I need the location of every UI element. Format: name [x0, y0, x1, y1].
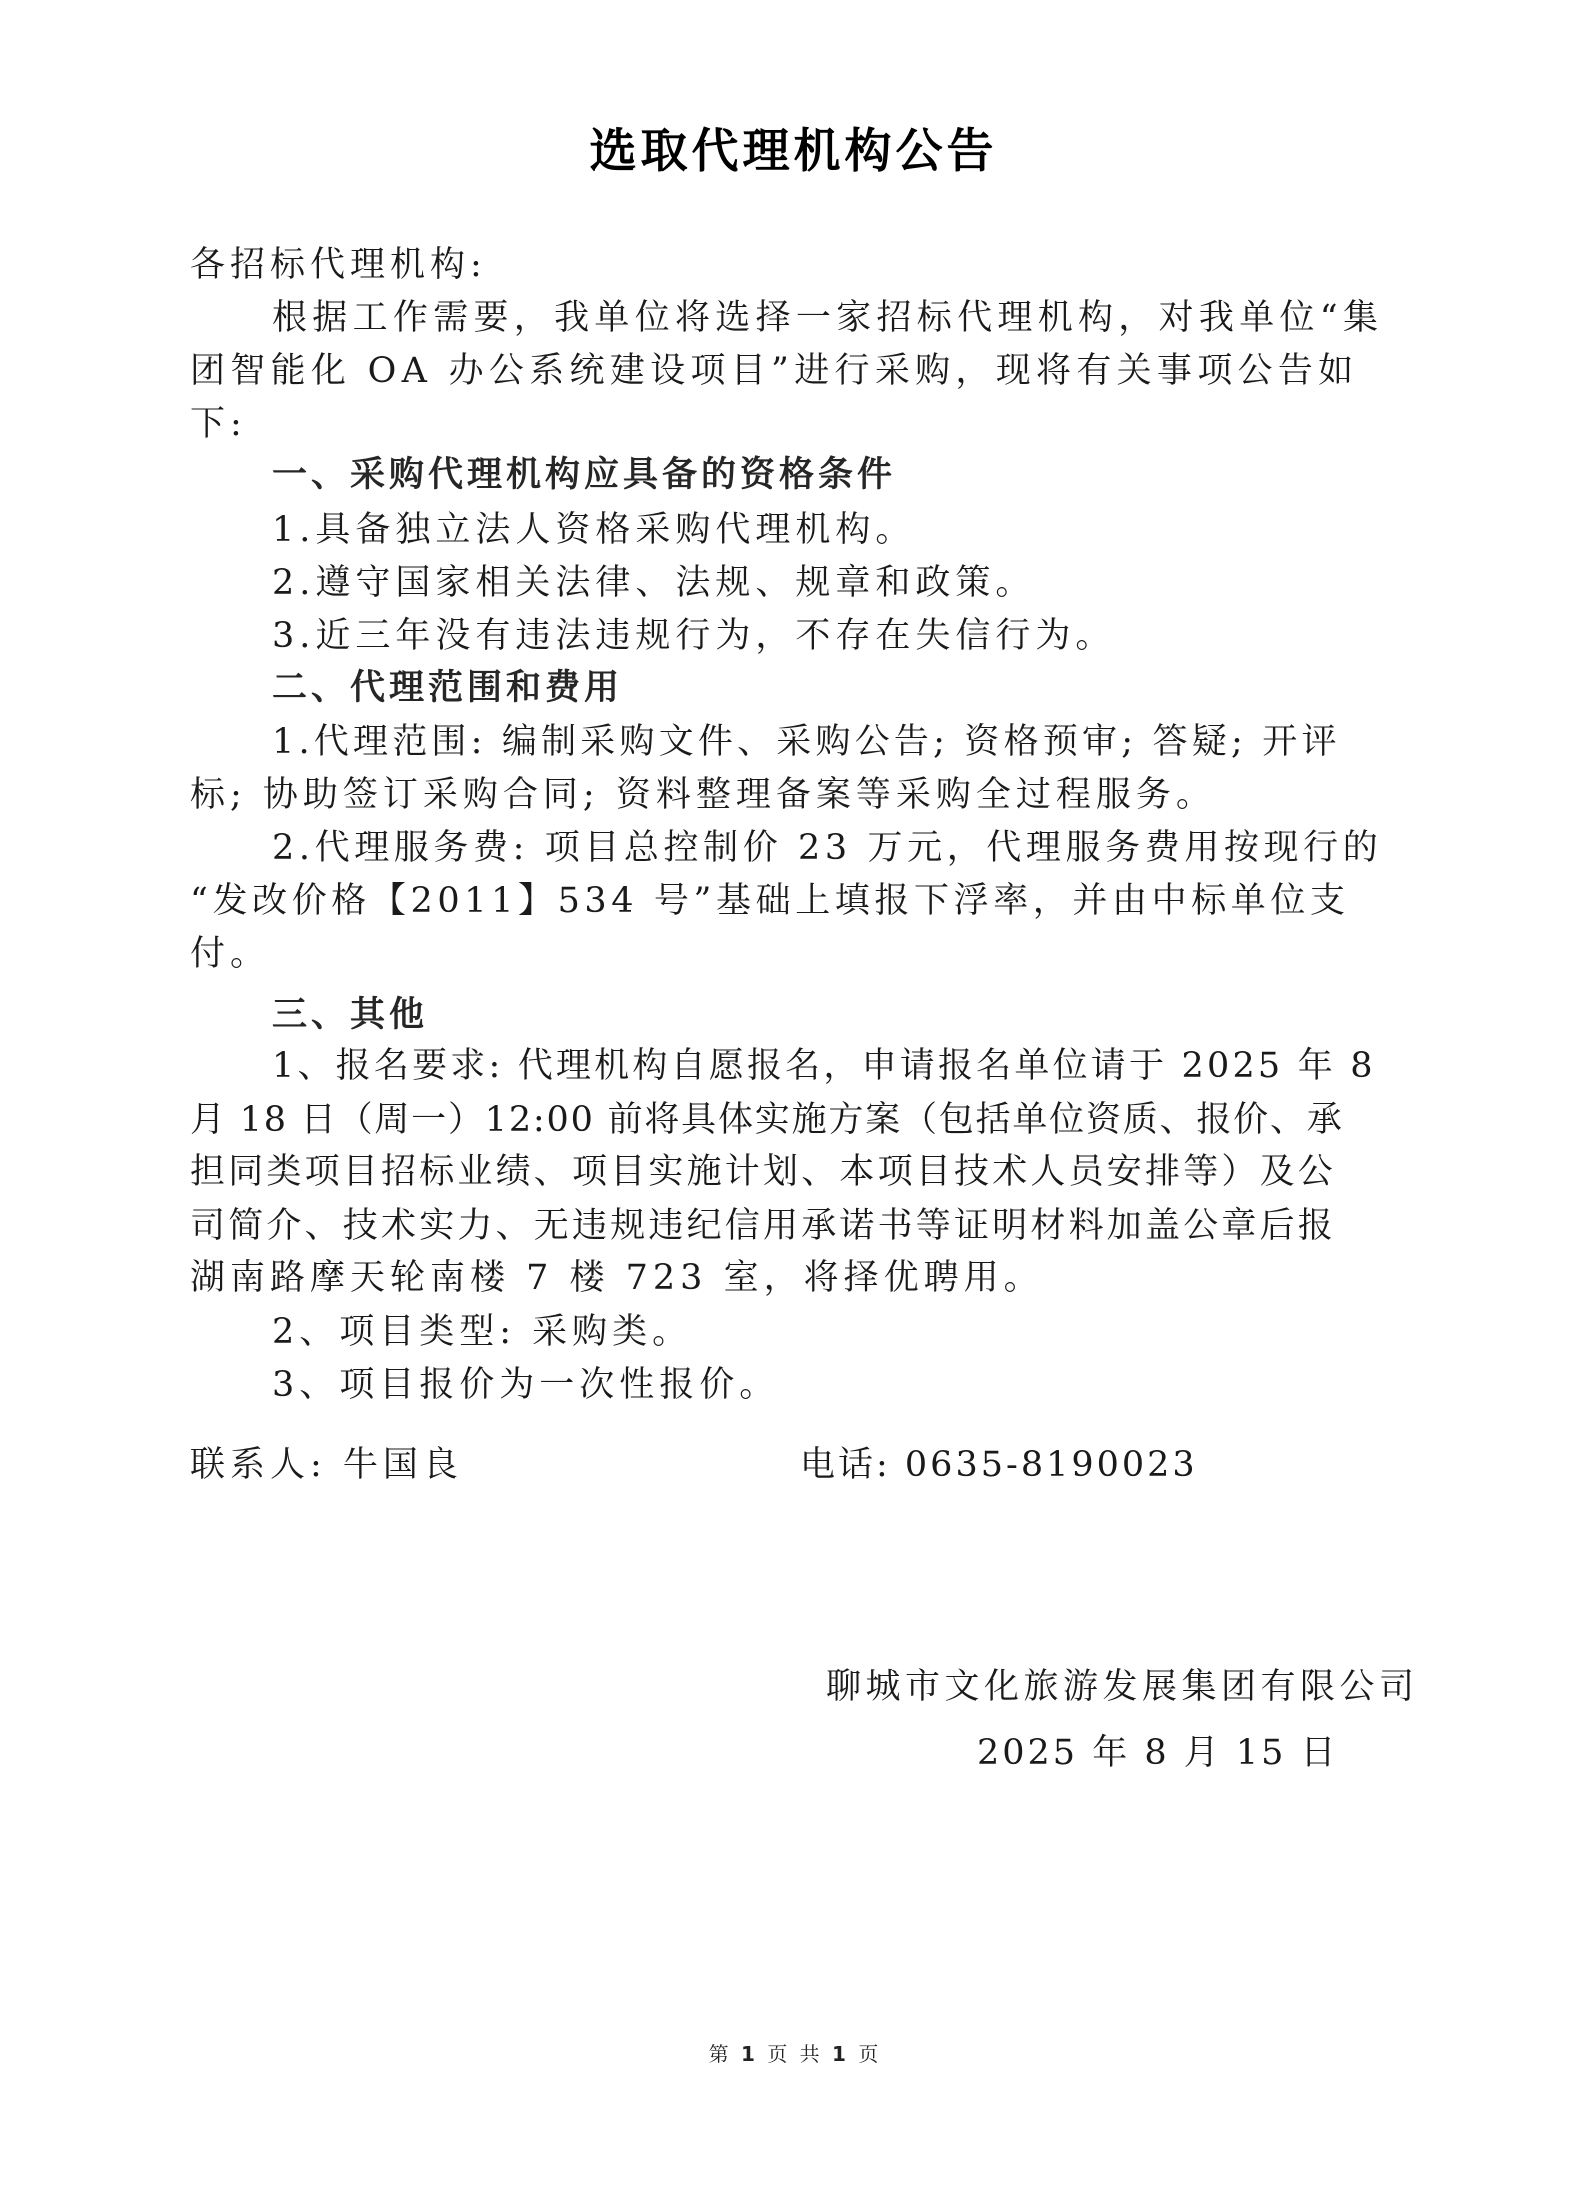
page-title: 选取代理机构公告	[0, 122, 1587, 182]
section-3-line-2: 月 18 日（周一）12:00 前将具体实施方案（包括单位资质、报价、承	[190, 1098, 1344, 1142]
intro-line-3: 下:	[190, 402, 247, 446]
section-3-line-4: 司简介、技术实力、无违规违纪信用承诺书等证明材料加盖公章后报	[190, 1204, 1336, 1248]
section-heading-3: 三、其他	[272, 993, 428, 1037]
section-2-line-5: 付。	[190, 932, 270, 976]
section-3-line-5: 湖南路摩天轮南楼 7 楼 723 室，将择优聘用。	[190, 1256, 1044, 1300]
footer-middle: 页 共	[767, 2042, 819, 2066]
section-1-line-3: 3.近三年没有违法违规行为，不存在失信行为。	[272, 614, 1115, 658]
section-2-line-3: 2.代理服务费: 项目总控制价 23 万元，代理服务费用按现行的	[272, 826, 1382, 870]
section-heading-1: 一、采购代理机构应具备的资格条件	[272, 453, 896, 497]
section-3-line-3: 担同类项目招标业绩、项目实施计划、本项目技术人员安排等）及公	[190, 1150, 1336, 1194]
footer-prefix: 第	[709, 2042, 729, 2066]
footer-current-page: 1	[741, 2042, 755, 2066]
section-heading-2: 二、代理范围和费用	[272, 666, 623, 710]
document-page: 选取代理机构公告 各招标代理机构: 根据工作需要，我单位将选择一家招标代理机构，…	[0, 0, 1587, 2200]
intro-line-1: 根据工作需要，我单位将选择一家招标代理机构，对我单位“集	[272, 296, 1383, 340]
section-2-line-1: 1.代理范围: 编制采购文件、采购公告; 资格预审; 答疑; 开评	[272, 720, 1341, 764]
section-3-line-1: 1、报名要求: 代理机构自愿报名，申请报名单位请于 2025 年 8	[272, 1044, 1376, 1088]
signature-company: 聊城市文化旅游发展集团有限公司	[826, 1665, 1419, 1709]
section-2-line-4: “发改价格【2011】534 号”基础上填报下浮率，并由中标单位支	[190, 879, 1350, 923]
signature-date: 2025 年 8 月 15 日	[977, 1731, 1339, 1775]
footer-suffix: 页	[858, 2042, 878, 2066]
contact-phone: 电话: 0635-8190023	[800, 1443, 1198, 1487]
salutation: 各招标代理机构:	[190, 243, 487, 287]
intro-line-2: 团智能化 OA 办公系统建设项目”进行采购，现将有关事项公告如	[190, 349, 1358, 393]
section-1-line-2: 2.遵守国家相关法律、法规、规章和政策。	[272, 561, 1035, 605]
page-footer: 第 1 页 共 1 页	[0, 2040, 1587, 2068]
section-2-line-2: 标; 协助签订采购合同; 资料整理备案等采购全过程服务。	[190, 773, 1216, 817]
section-1-line-1: 1.具备独立法人资格采购代理机构。	[272, 508, 915, 552]
section-3-line-7: 3、项目报价为一次性报价。	[272, 1363, 779, 1407]
section-3-line-6: 2、项目类型: 采购类。	[272, 1310, 692, 1354]
footer-total-pages: 1	[832, 2042, 846, 2066]
contact-person: 联系人: 牛国良	[190, 1443, 463, 1487]
